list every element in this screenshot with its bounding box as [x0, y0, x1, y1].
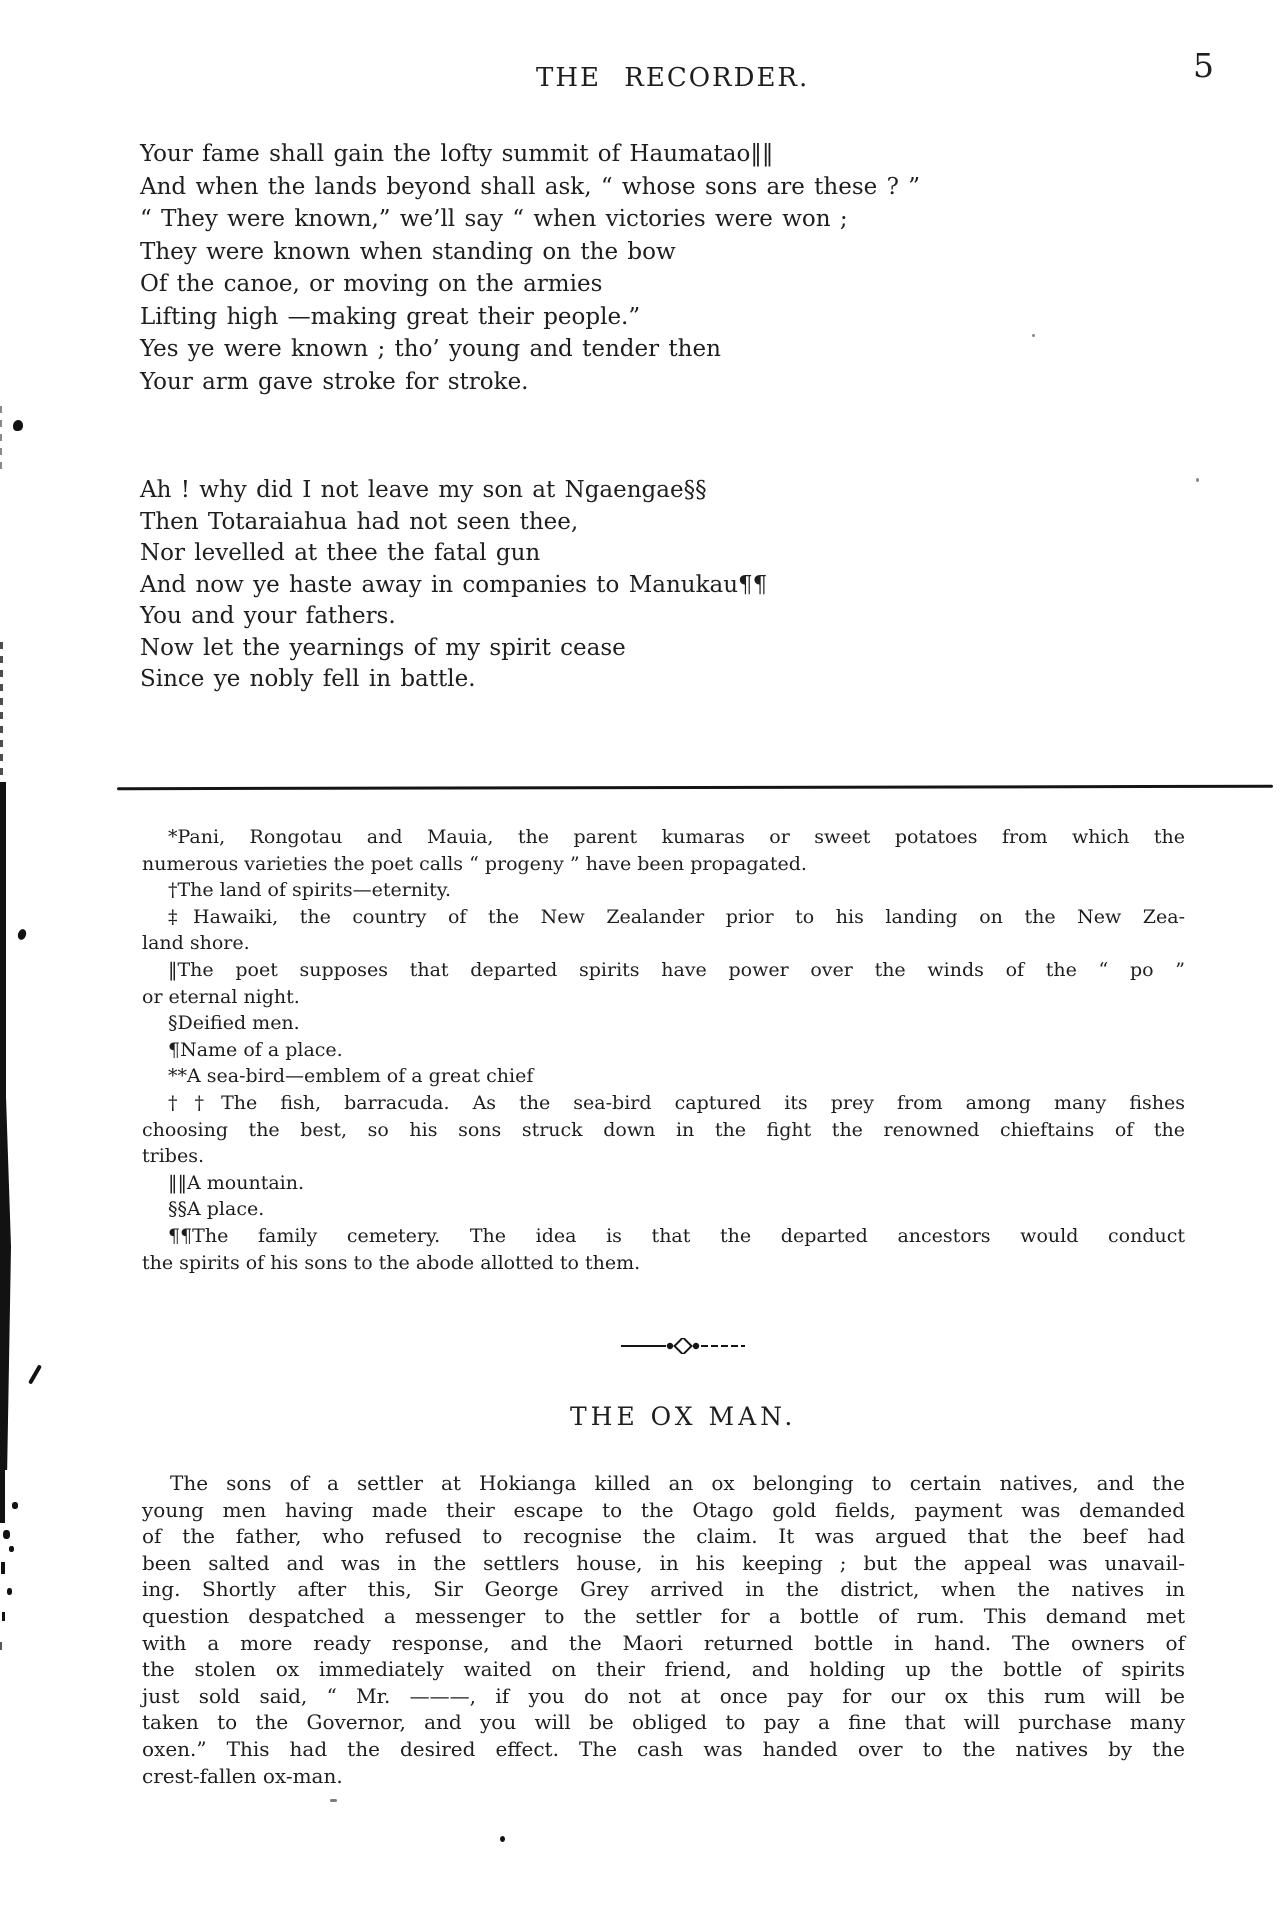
- scan-artifact-dot: [1032, 334, 1035, 337]
- footnote-hawaiki: ‡Hawaiki, the country of the New Zealand…: [142, 904, 1185, 957]
- scan-artifact-speck: [0, 1642, 2, 1650]
- scan-artifact-speck: [9, 1546, 14, 1552]
- poem-stanza-2: Ah ! why did I not leave my son at Ngaen…: [140, 475, 767, 696]
- scan-artifact-speck: [3, 1530, 10, 1539]
- page-number: 5: [1193, 46, 1214, 85]
- footnote-mountain: ‖‖A mountain.: [142, 1170, 1185, 1197]
- scan-artifact-left-band-upper: [0, 782, 6, 1100]
- scan-artifact-ink-blot: [13, 420, 23, 431]
- scan-artifact-left-dashes-top: [0, 406, 2, 476]
- scan-artifact-speck: [2, 1612, 5, 1621]
- scan-artifact-speck: [1, 1562, 5, 1574]
- scan-artifact-dot: [1196, 478, 1199, 482]
- scan-artifact-left-band-lower: [0, 1468, 5, 1523]
- footnote-family-cemetery: ¶¶The family cemetery. The idea is that …: [142, 1223, 1185, 1276]
- scan-artifact-dot: [330, 1799, 337, 1802]
- footnote-land-of-spirits: †The land of spirits—eternity.: [142, 877, 1185, 904]
- footnote-rule: [117, 785, 1273, 790]
- footnote-place: §§A place.: [142, 1196, 1185, 1223]
- section-divider-ornament: [621, 1338, 745, 1354]
- scanned-page: THE RECORDER. 5 Your fame shall gain the…: [0, 0, 1280, 1914]
- footnote-barracuda: ††The fish, barracuda. As the sea-bird c…: [142, 1090, 1185, 1170]
- section-title: THE OX MAN.: [570, 1402, 796, 1431]
- scan-artifact-speck: [12, 1502, 18, 1509]
- scan-artifact-left-band-main: [0, 1098, 11, 1470]
- footnote-sea-bird: **A sea-bird—emblem of a great chief: [142, 1063, 1185, 1090]
- scan-artifact-stroke: [28, 1364, 42, 1384]
- footnote-deified-men: §Deified men.: [142, 1010, 1185, 1037]
- footnote-departed-spirits: ‖The poet supposes that departed spirits…: [142, 957, 1185, 1010]
- ox-man-paragraph: The sons of a settler at Hokianga killed…: [142, 1470, 1185, 1789]
- scan-artifact-ink-mark: [16, 928, 27, 941]
- footnotes-block: *Pani, Rongotau and Mauia, the parent ku…: [142, 824, 1185, 1276]
- scan-artifact-dot: [500, 1836, 505, 1842]
- poem-stanza-1: Your fame shall gain the lofty summit of…: [140, 138, 920, 398]
- scan-artifact-left-dashes: [0, 642, 3, 782]
- scan-artifact-speck: [7, 1588, 12, 1595]
- footnote-name-of-place: ¶Name of a place.: [142, 1037, 1185, 1064]
- footnote-pani: *Pani, Rongotau and Mauia, the parent ku…: [142, 824, 1185, 877]
- page-title: THE RECORDER.: [536, 63, 809, 93]
